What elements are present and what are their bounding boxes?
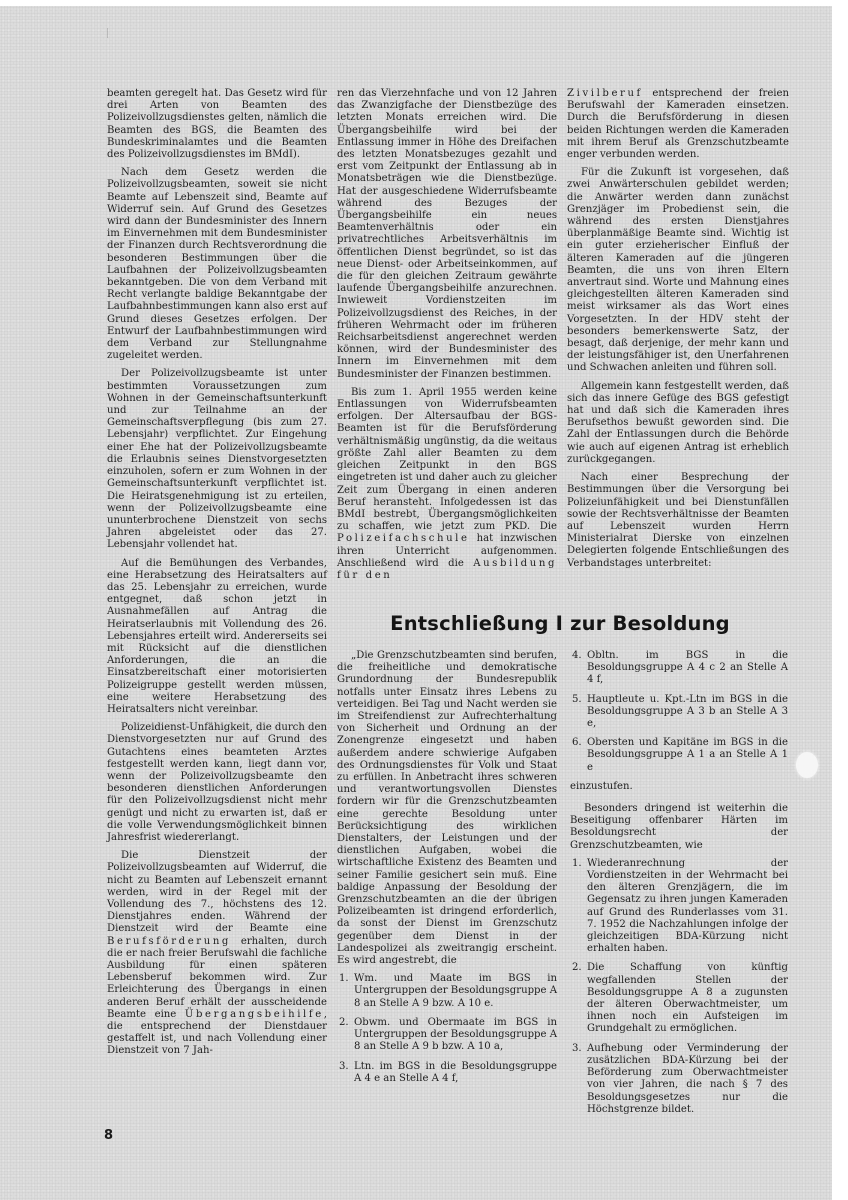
resolution-column-left: „Die Grenzschutzbeamten sind berufen, di… xyxy=(337,650,557,1092)
list-text: Wm. und Maate im BGS in Untergruppen der… xyxy=(354,973,557,1008)
list-text: Aufhebung oder Verminderung der zusätzli… xyxy=(587,1043,788,1115)
closing-word: einzustufen. xyxy=(570,781,788,793)
list-text: Ltn. im BGS in die Besoldungsgruppe A 4 … xyxy=(354,1061,557,1084)
paragraph: Auf die Bemühungen des Verbandes, eine H… xyxy=(107,558,327,717)
resolution-column-right: 4.Obltn. im BGS in die Besoldungsgruppe … xyxy=(570,650,788,1123)
paragraph: Zivilberuf entsprechend der freien Beruf… xyxy=(567,88,789,161)
spaced-emphasis: Zivilberuf xyxy=(567,88,643,99)
scan-artifact xyxy=(107,28,108,38)
hardship-list: 1.Wiederanrechnung der Vordienstzeiten i… xyxy=(570,858,788,1116)
punch-hole xyxy=(796,752,818,778)
list-number: 6. xyxy=(572,737,582,749)
paragraph: ren das Vierzehnfache und von 12 Jahren … xyxy=(337,88,557,381)
paragraph: beamten geregelt hat. Das Gesetz wird fü… xyxy=(107,88,327,161)
page-number: 8 xyxy=(104,1128,113,1143)
article-column-2: ren das Vierzehnfache und von 12 Jahren … xyxy=(337,88,557,582)
paragraph: Der Polizeivollzugsbeamte ist unter best… xyxy=(107,368,327,551)
list-number: 3. xyxy=(572,1043,582,1055)
list-item: 1.Wm. und Maate im BGS in Untergruppen d… xyxy=(337,973,557,1010)
spaced-emphasis: Berufsförderung xyxy=(107,936,231,947)
article-column-1: beamten geregelt hat. Das Gesetz wird fü… xyxy=(107,88,327,1058)
article-column-3: Zivilberuf entsprechend der freien Beruf… xyxy=(567,88,789,570)
list-item: 3.Aufhebung oder Verminderung der zusätz… xyxy=(570,1043,788,1116)
list-number: 3. xyxy=(339,1061,349,1073)
list-number: 1. xyxy=(339,973,349,985)
urgent-paragraph: Besonders dringend ist weiterhin die Bes… xyxy=(570,803,788,852)
resolution-intro: „Die Grenzschutzbeamten sind berufen, di… xyxy=(337,650,557,967)
paragraph: Polizeidienst-Unfähigkeit, die durch den… xyxy=(107,722,327,844)
grade-list-continued: 4.Obltn. im BGS in die Besoldungsgruppe … xyxy=(570,650,788,774)
list-item: 5.Hauptleute u. Kpt.-Ltn im BGS in die B… xyxy=(570,694,788,731)
list-item: 6.Obersten und Kapitäne im BGS in die Be… xyxy=(570,737,788,774)
paragraph: Nach einer Besprechung der Bestimmungen … xyxy=(567,472,789,570)
list-number: 4. xyxy=(572,650,582,662)
list-item: 1.Wiederanrechnung der Vordienstzeiten i… xyxy=(570,858,788,956)
spaced-emphasis: Übergangsbeihilfe xyxy=(185,1009,324,1020)
list-item: 3.Ltn. im BGS in die Besoldungsgruppe A … xyxy=(337,1061,557,1085)
paragraph: Nach dem Gesetz werden die Polizeivollzu… xyxy=(107,167,327,362)
list-text: Die Schaffung von künftig wegfallenden S… xyxy=(587,962,788,1034)
list-text: Obwm. und Obermaate im BGS in Untergrupp… xyxy=(354,1017,557,1052)
list-number: 2. xyxy=(339,1017,349,1029)
paragraph-service-period: Die Dienstzeit der Polizeivollzugsbeamte… xyxy=(107,850,327,1057)
resolution-heading: Entschließung I zur Besoldung xyxy=(380,612,740,635)
list-number: 5. xyxy=(572,694,582,706)
list-item: 2.Die Schaffung von künftig wegfallenden… xyxy=(570,962,788,1035)
list-text: Hauptleute u. Kpt.-Ltn im BGS in die Bes… xyxy=(587,694,788,729)
text-run: Die Dienstzeit der Polizeivollzugsbeamte… xyxy=(107,850,327,934)
text-run: Bis zum 1. April 1955 werden keine Entla… xyxy=(337,387,557,532)
list-item: 2.Obwm. und Obermaate im BGS in Untergru… xyxy=(337,1017,557,1054)
list-text: Obersten und Kapitäne im BGS in die Beso… xyxy=(587,737,788,772)
spaced-emphasis: Polizeifachschule xyxy=(337,533,470,544)
grade-list: 1.Wm. und Maate im BGS in Untergruppen d… xyxy=(337,973,557,1085)
paragraph-dismissals: Bis zum 1. April 1955 werden keine Entla… xyxy=(337,387,557,582)
list-number: 1. xyxy=(572,858,582,870)
paragraph: Allgemein kann festgestellt werden, daß … xyxy=(567,381,789,466)
list-item: 4.Obltn. im BGS in die Besoldungsgruppe … xyxy=(570,650,788,687)
list-number: 2. xyxy=(572,962,582,974)
paragraph: Für die Zukunft ist vorgesehen, daß zwei… xyxy=(567,167,789,374)
text-run: erhalten, durch die er nach freier Beruf… xyxy=(107,936,327,1020)
list-text: Wiederanrechnung der Vordienstzeiten in … xyxy=(587,858,788,954)
list-text: Obltn. im BGS in die Besoldungsgruppe A … xyxy=(587,650,788,685)
